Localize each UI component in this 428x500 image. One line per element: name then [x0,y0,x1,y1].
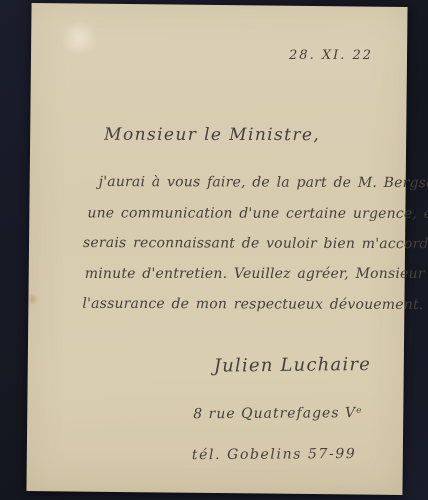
letter-address: 8 rue Quatrefages Vᵉ [193,405,362,422]
letter-body: j'aurai à vous faire, de la part de M. B… [32,3,408,7]
letter-paper: 28. XI. 22 Monsieur le Ministre, j'aurai… [26,3,407,495]
letter-salutation: Monsieur le Ministre, [104,125,320,145]
letter-body-line: l'assurance de mon respectueux dévouemen… [82,296,423,313]
photo-background: 28. XI. 22 Monsieur le Ministre, j'aurai… [0,0,428,500]
letter-date: 28. XI. 22 [289,48,373,63]
letter-body-line: minute d'entretien. Veuillez agréer, Mon… [85,266,428,282]
letter-body-line: serais reconnaissant de vouloir bien m'a… [83,235,428,252]
letter-body-line: une communication d'une certaine urgence… [87,205,428,222]
letter-telephone: tél. Gobelins 57-99 [192,446,357,463]
letter-body-line: j'aurai à vous faire, de la part de M. B… [99,174,428,191]
letter-signature: Julien Luchaire [214,354,371,377]
